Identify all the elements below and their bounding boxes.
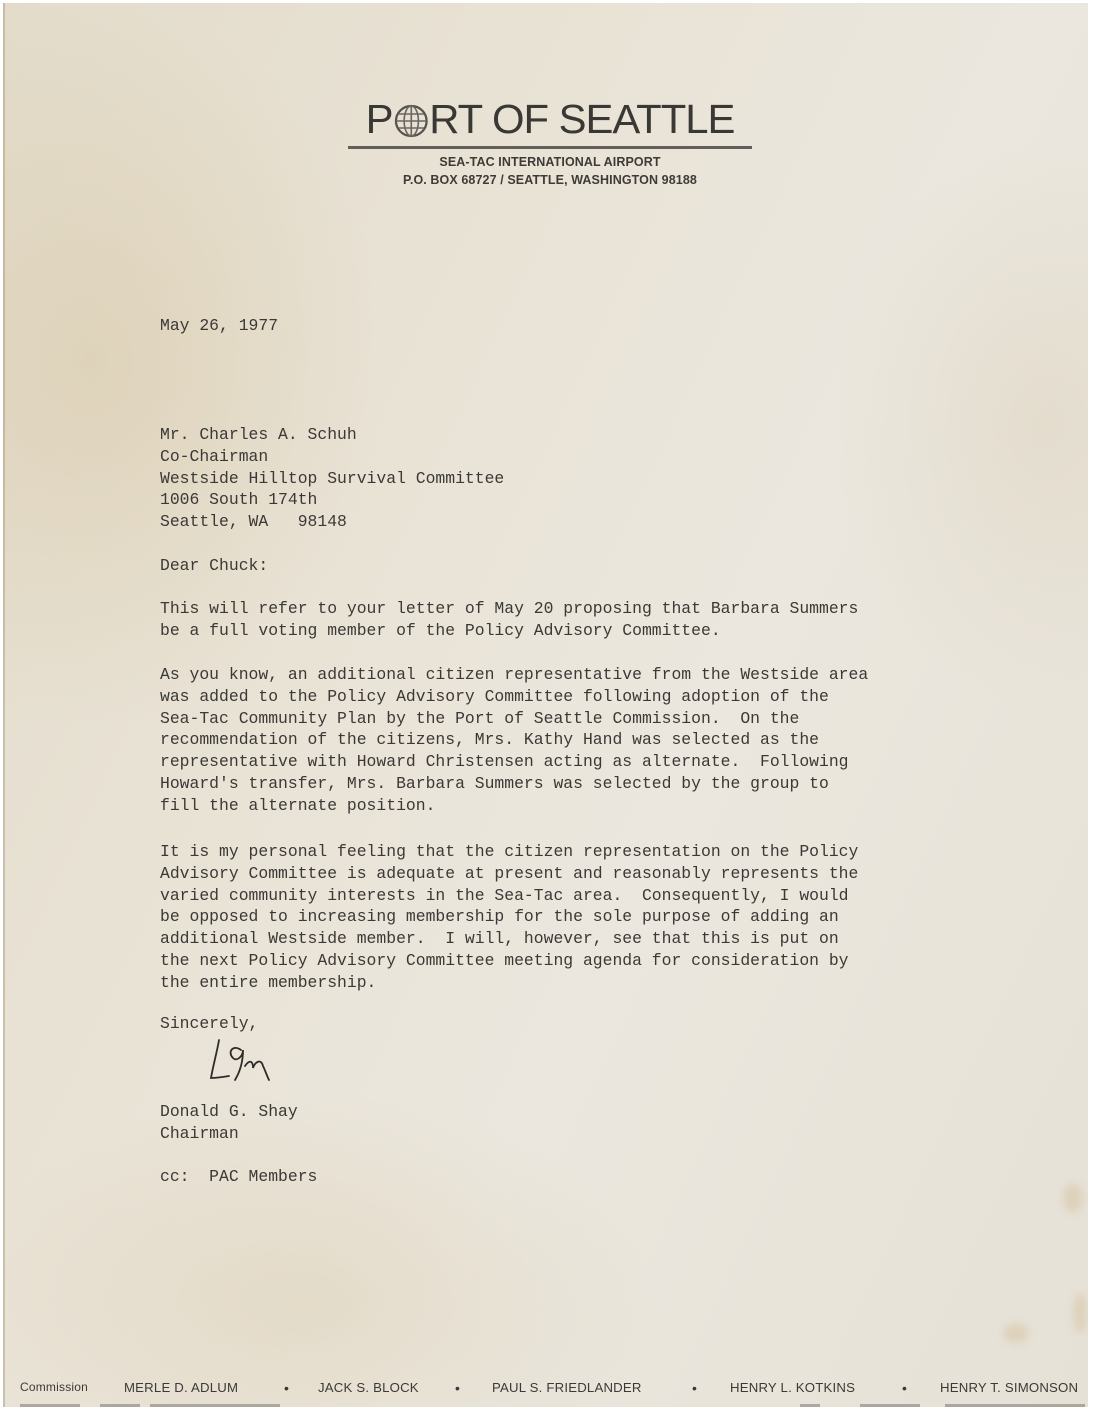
letter-date: May 26, 1977 — [160, 315, 278, 337]
logo-text: RT OF SEATTLE — [429, 97, 734, 141]
paragraph-line: recommendation of the citizens, Mrs. Kat… — [160, 729, 868, 751]
scan-margin-bottom — [0, 1407, 1095, 1416]
paragraph-line: the next Policy Advisory Committee meeti… — [160, 950, 858, 972]
recipient-name: Mr. Charles A. Schuh — [160, 424, 504, 446]
paragraph-line: It is my personal feeling that the citiz… — [160, 841, 858, 863]
recipient-city: Seattle, WA 98148 — [160, 511, 504, 533]
recipient-street: 1006 South 174th — [160, 489, 504, 511]
paragraph-line: additional Westside member. I will, howe… — [160, 928, 858, 950]
paragraph-line: As you know, an additional citizen repre… — [160, 664, 868, 686]
footer-separator: • — [692, 1380, 697, 1396]
scan-margin-right — [1088, 0, 1095, 1416]
paragraph-line: Howard's transfer, Mrs. Barbara Summers … — [160, 773, 868, 795]
paragraph-1: This will refer to your letter of May 20… — [160, 598, 858, 642]
letterhead-address: P.O. BOX 68727 / SEATTLE, WASHINGTON 981… — [340, 171, 760, 189]
letterhead: P RT OF SEATTLE SEA-TAC INTERNATIONAL AI… — [340, 96, 760, 189]
commissioner-name: JACK S. BLOCK — [318, 1380, 419, 1395]
paragraph-line: This will refer to your letter of May 20… — [160, 598, 858, 620]
commissioner-name: HENRY T. SIMONSON — [940, 1380, 1078, 1395]
commissioner-name: HENRY L. KOTKINS — [730, 1380, 855, 1395]
footer-separator: • — [902, 1380, 907, 1396]
signer-title: Chairman — [160, 1123, 298, 1145]
globe-icon — [394, 102, 429, 136]
logo-text-prefix: P — [366, 97, 393, 141]
paragraph-line: varied community interests in the Sea-Ta… — [160, 885, 858, 907]
paragraph-line: fill the alternate position. — [160, 795, 868, 817]
handwritten-signature — [205, 1036, 295, 1086]
paragraph-3: It is my personal feeling that the citiz… — [160, 841, 858, 994]
paragraph-line: was added to the Policy Advisory Committ… — [160, 686, 868, 708]
salutation: Dear Chuck: — [160, 555, 268, 577]
closing: Sincerely, — [160, 1013, 258, 1035]
paragraph-line: the entire membership. — [160, 972, 858, 994]
footer-label: Commission — [20, 1380, 88, 1394]
paragraph-line: be a full voting member of the Policy Ad… — [160, 620, 858, 642]
paragraph-line: representative with Howard Christensen a… — [160, 751, 868, 773]
recipient-title: Co-Chairman — [160, 446, 504, 468]
commissioner-name: PAUL S. FRIEDLANDER — [492, 1380, 642, 1395]
letterhead-subtitle: SEA-TAC INTERNATIONAL AIRPORT — [340, 153, 760, 171]
commissioner-name: MERLE D. ADLUM — [124, 1380, 238, 1395]
commission-footer: Commission MERLE D. ADLUM • JACK S. BLOC… — [0, 1380, 1095, 1400]
paragraph-line: be opposed to increasing membership for … — [160, 906, 858, 928]
paragraph-line: Advisory Committee is adequate at presen… — [160, 863, 858, 885]
letterhead-rule — [348, 146, 752, 149]
signer-name: Donald G. Shay — [160, 1101, 298, 1123]
footer-separator: • — [284, 1380, 289, 1396]
recipient-organization: Westside Hilltop Survival Committee — [160, 468, 504, 490]
paragraph-2: As you know, an additional citizen repre… — [160, 664, 868, 817]
footer-separator: • — [455, 1380, 460, 1396]
port-of-seattle-logo: P RT OF SEATTLE — [336, 96, 764, 142]
cc-line: cc: PAC Members — [160, 1166, 317, 1188]
recipient-block: Mr. Charles A. SchuhCo-ChairmanWestside … — [160, 424, 504, 533]
paragraph-line: Sea-Tac Community Plan by the Port of Se… — [160, 708, 868, 730]
signer-block: Donald G. ShayChairman — [160, 1101, 298, 1145]
